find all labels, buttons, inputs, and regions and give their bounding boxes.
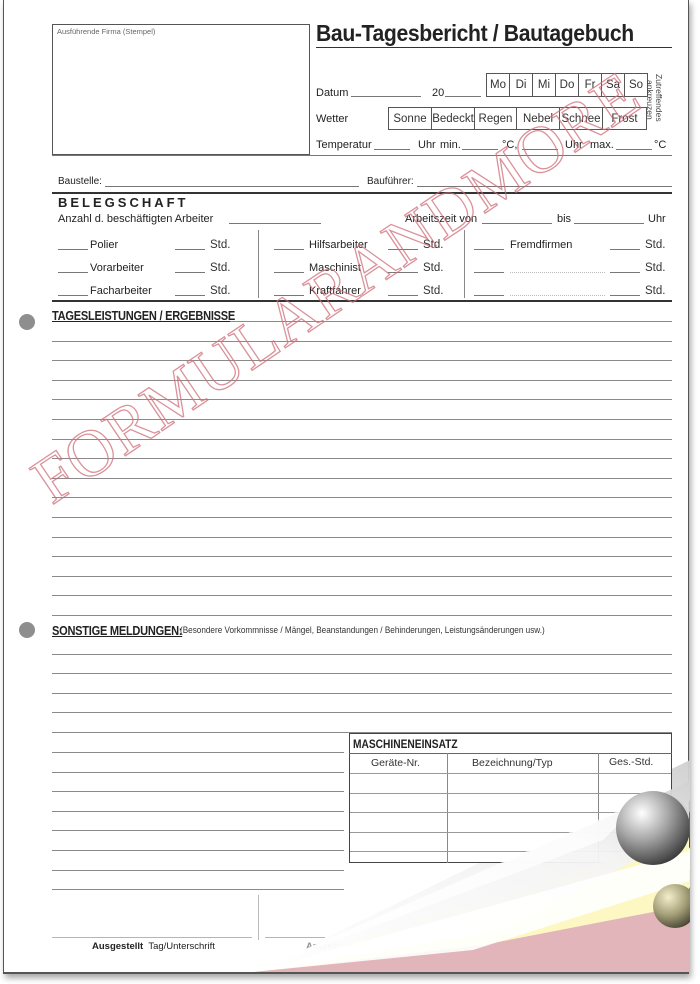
weather-label: Wetter [316,114,348,125]
machines-row-rule [350,793,671,794]
weekday-checkbox-do[interactable]: Do [555,73,579,97]
writing-line[interactable] [52,830,344,831]
weekday-label: Di [516,79,527,91]
hours-field[interactable] [388,295,418,296]
machines-row-rule [350,832,671,833]
count-field[interactable] [474,249,504,250]
baustelle-label: Baustelle: [58,177,102,187]
year-prefix: 20 [432,88,444,99]
hours-field[interactable] [388,272,418,273]
writing-line[interactable] [52,615,672,616]
acknowledged-label-rest: Tag/Unterschrift [358,941,425,952]
acknowledged-label: Anerkannt Tag/Unterschrift [306,942,425,952]
writing-line[interactable] [52,341,672,342]
writing-line[interactable] [52,811,344,812]
weather-label: Bedeckt [432,113,474,125]
staff-top-rule [52,192,672,194]
count-field[interactable] [58,249,88,250]
evaluated-signature-line[interactable] [490,939,672,940]
count-field[interactable] [274,295,304,296]
staff-role-label: Facharbeiter [90,286,152,297]
hours-unit: Std. [210,240,230,252]
machines-row-rule [350,812,671,813]
hours-field[interactable] [175,295,205,296]
hours-field[interactable] [175,249,205,250]
evaluated-label-bold: Ausgewertet [510,941,567,952]
count-field[interactable] [274,249,304,250]
evaluated-label-rest: Tag/Unterschrift [572,941,639,952]
writing-line[interactable] [52,693,672,694]
weather-label: Frost [611,113,637,125]
writing-line[interactable] [52,458,672,459]
machines-col-bezeichnung: Bezeichnung/Typ [472,758,553,769]
hours-field[interactable] [610,272,640,273]
hours-field[interactable] [610,295,640,296]
writing-line[interactable] [52,712,672,713]
staff-role-label: Maschinist [309,263,361,274]
machines-col-geraete: Geräte-Nr. [371,758,420,769]
temp-max-label: max. [590,140,614,151]
writing-line[interactable] [52,478,672,479]
writing-line[interactable] [52,556,672,557]
worktime-until-label: bis [557,214,571,225]
acknowledged-label-bold: Anerkannt [306,941,353,952]
writing-line[interactable] [52,752,344,753]
weather-label: Regen [479,113,513,125]
weather-label: Schnee [561,113,600,125]
count-field[interactable] [58,295,88,296]
weekday-checkbox-di[interactable]: Di [509,73,533,97]
writing-line[interactable] [52,419,672,420]
machines-row-rule [350,773,671,774]
temp-min-field[interactable] [462,149,498,150]
count-field[interactable] [474,272,504,273]
company-stamp-box[interactable] [52,24,310,155]
weekday-label: Mo [490,79,506,91]
hours-unit: Std. [645,286,665,298]
weekday-label: Do [560,79,575,91]
year-field[interactable] [445,96,481,97]
weather-label: Nebel [523,113,553,125]
writing-line[interactable] [52,791,344,792]
temp-time-1-field[interactable] [374,149,410,150]
bauleiter-field[interactable] [417,186,672,187]
temperature-label: Temperatur [316,140,372,151]
results-title: TAGESLEISTUNGEN / ERGEBNISSE [52,309,235,322]
notes-title: SONSTIGE MELDUNGEN: [52,624,182,637]
hours-field[interactable] [610,249,640,250]
weekday-checkbox-fr[interactable]: Fr [578,73,602,97]
hours-unit: Std. [423,286,443,298]
writing-line[interactable] [230,321,672,322]
weather-checkbox-schnee[interactable]: Schnee [559,107,603,130]
writing-line[interactable] [52,497,672,498]
other-company-field[interactable] [510,295,605,296]
temp-min-label: min. [440,140,461,151]
machines-title: MASCHINENEINSATZ [353,738,458,750]
staff-role-label: Hilfsarbeiter [309,240,368,251]
hours-unit: Std. [210,286,230,298]
title-underline [316,47,672,48]
writing-line[interactable] [52,673,672,674]
notes-hint: (Besondere Vorkommnisse / Mängel, Beanst… [180,626,545,636]
staff-role-label: Polier [90,240,118,251]
worker-count-label: Anzahl d. beschäftigten Arbeiter [58,214,213,225]
side-note-line1: Zutreffendes [655,74,664,122]
writing-line[interactable] [52,870,344,871]
temp-uhr-1: Uhr [418,140,436,151]
temp-unit-1: °C, [502,140,517,151]
staff-role-label: Kraftfahrer [309,286,361,297]
writing-line[interactable] [52,654,672,655]
other-company-field[interactable] [510,272,605,273]
baustelle-field[interactable] [105,186,359,187]
date-field[interactable] [351,96,421,97]
company-stamp-label: Ausführende Firma (Stempel) [57,28,155,36]
temp-uhr-2: Uhr [565,140,583,151]
worktime-until-field[interactable] [574,223,644,224]
page-title: Bau-Tagesbericht / Bautagebuch [316,22,634,45]
writing-line[interactable] [52,537,672,538]
hours-field[interactable] [388,249,418,250]
writing-line[interactable] [52,439,672,440]
temp-time-2-field[interactable] [522,149,558,150]
machines-row-rule [350,851,671,852]
evaluated-label: Ausgewertet Tag/Unterschrift [510,942,639,952]
writing-line[interactable] [52,360,672,361]
machines-col-divider-1 [447,753,448,863]
staff-divider-2 [464,230,465,298]
worktime-unit: Uhr [648,214,666,225]
machines-col-std: Ges.-Std. [609,757,653,768]
writing-line[interactable] [52,889,344,890]
weekday-label: So [629,79,643,91]
weekday-checkbox-mi[interactable]: Mi [532,73,556,97]
weather-checkbox-sonne[interactable]: Sonne [388,107,432,130]
machines-title-rule [349,753,672,754]
weekday-label: Sa [606,79,620,91]
weekday-label: Mi [538,79,550,91]
issued-label-bold: Ausgestellt [92,941,143,952]
worktime-label: Arbeitszeit von [405,214,477,225]
writing-line[interactable] [52,850,344,851]
staff-role-label: Fremdfirmen [510,240,572,251]
writing-line[interactable] [52,399,672,400]
date-label: Datum [316,88,348,99]
worker-count-field[interactable] [229,223,321,224]
weather-checkbox-nebel[interactable]: Nebel [516,107,560,130]
issued-label-rest: Tag/Unterschrift [148,941,215,952]
writing-line[interactable] [52,772,344,773]
machines-col-divider-2 [598,753,599,863]
hours-unit: Std. [423,263,443,275]
staff-divider-1 [258,230,259,298]
punch-hole-icon [19,314,35,330]
signature-divider [258,895,259,940]
weather-checkbox-bedeckt[interactable]: Bedeckt [431,107,475,130]
staff-bottom-rule [52,300,672,302]
acknowledged-signature-line[interactable] [265,937,325,938]
hours-unit: Std. [645,263,665,275]
count-field[interactable] [474,295,504,296]
count-field[interactable] [58,272,88,273]
writing-line[interactable] [52,380,672,381]
punch-hole-icon [19,622,35,638]
issued-label: Ausgestellt Tag/Unterschrift [92,942,215,952]
weekday-checkbox-sa[interactable]: Sa [601,73,625,97]
writing-line[interactable] [52,595,672,596]
issued-signature-line[interactable] [52,937,252,938]
weekday-label: Fr [585,79,596,91]
hours-unit: Std. [423,240,443,252]
count-field[interactable] [274,272,304,273]
temp-unit-2: °C [654,140,666,151]
worktime-from-field[interactable] [482,223,552,224]
hours-unit: Std. [210,263,230,275]
staff-role-label: Vorarbeiter [90,263,144,274]
writing-line[interactable] [52,576,672,577]
hours-unit: Std. [645,240,665,252]
staff-title: BELEGSCHAFT [58,196,189,209]
bauleiter-label: Bauführer: [367,177,414,187]
weekday-checkbox-mo[interactable]: Mo [486,73,510,97]
side-note-line2: ankreuzen [646,80,655,120]
temp-max-field[interactable] [616,149,652,150]
weather-checkbox-frost[interactable]: Frost [602,107,647,130]
header-bottom-rule [52,155,672,156]
weather-label: Sonne [393,113,426,125]
hours-field[interactable] [175,272,205,273]
weather-checkbox-regen[interactable]: Regen [474,107,517,130]
writing-line[interactable] [52,517,672,518]
